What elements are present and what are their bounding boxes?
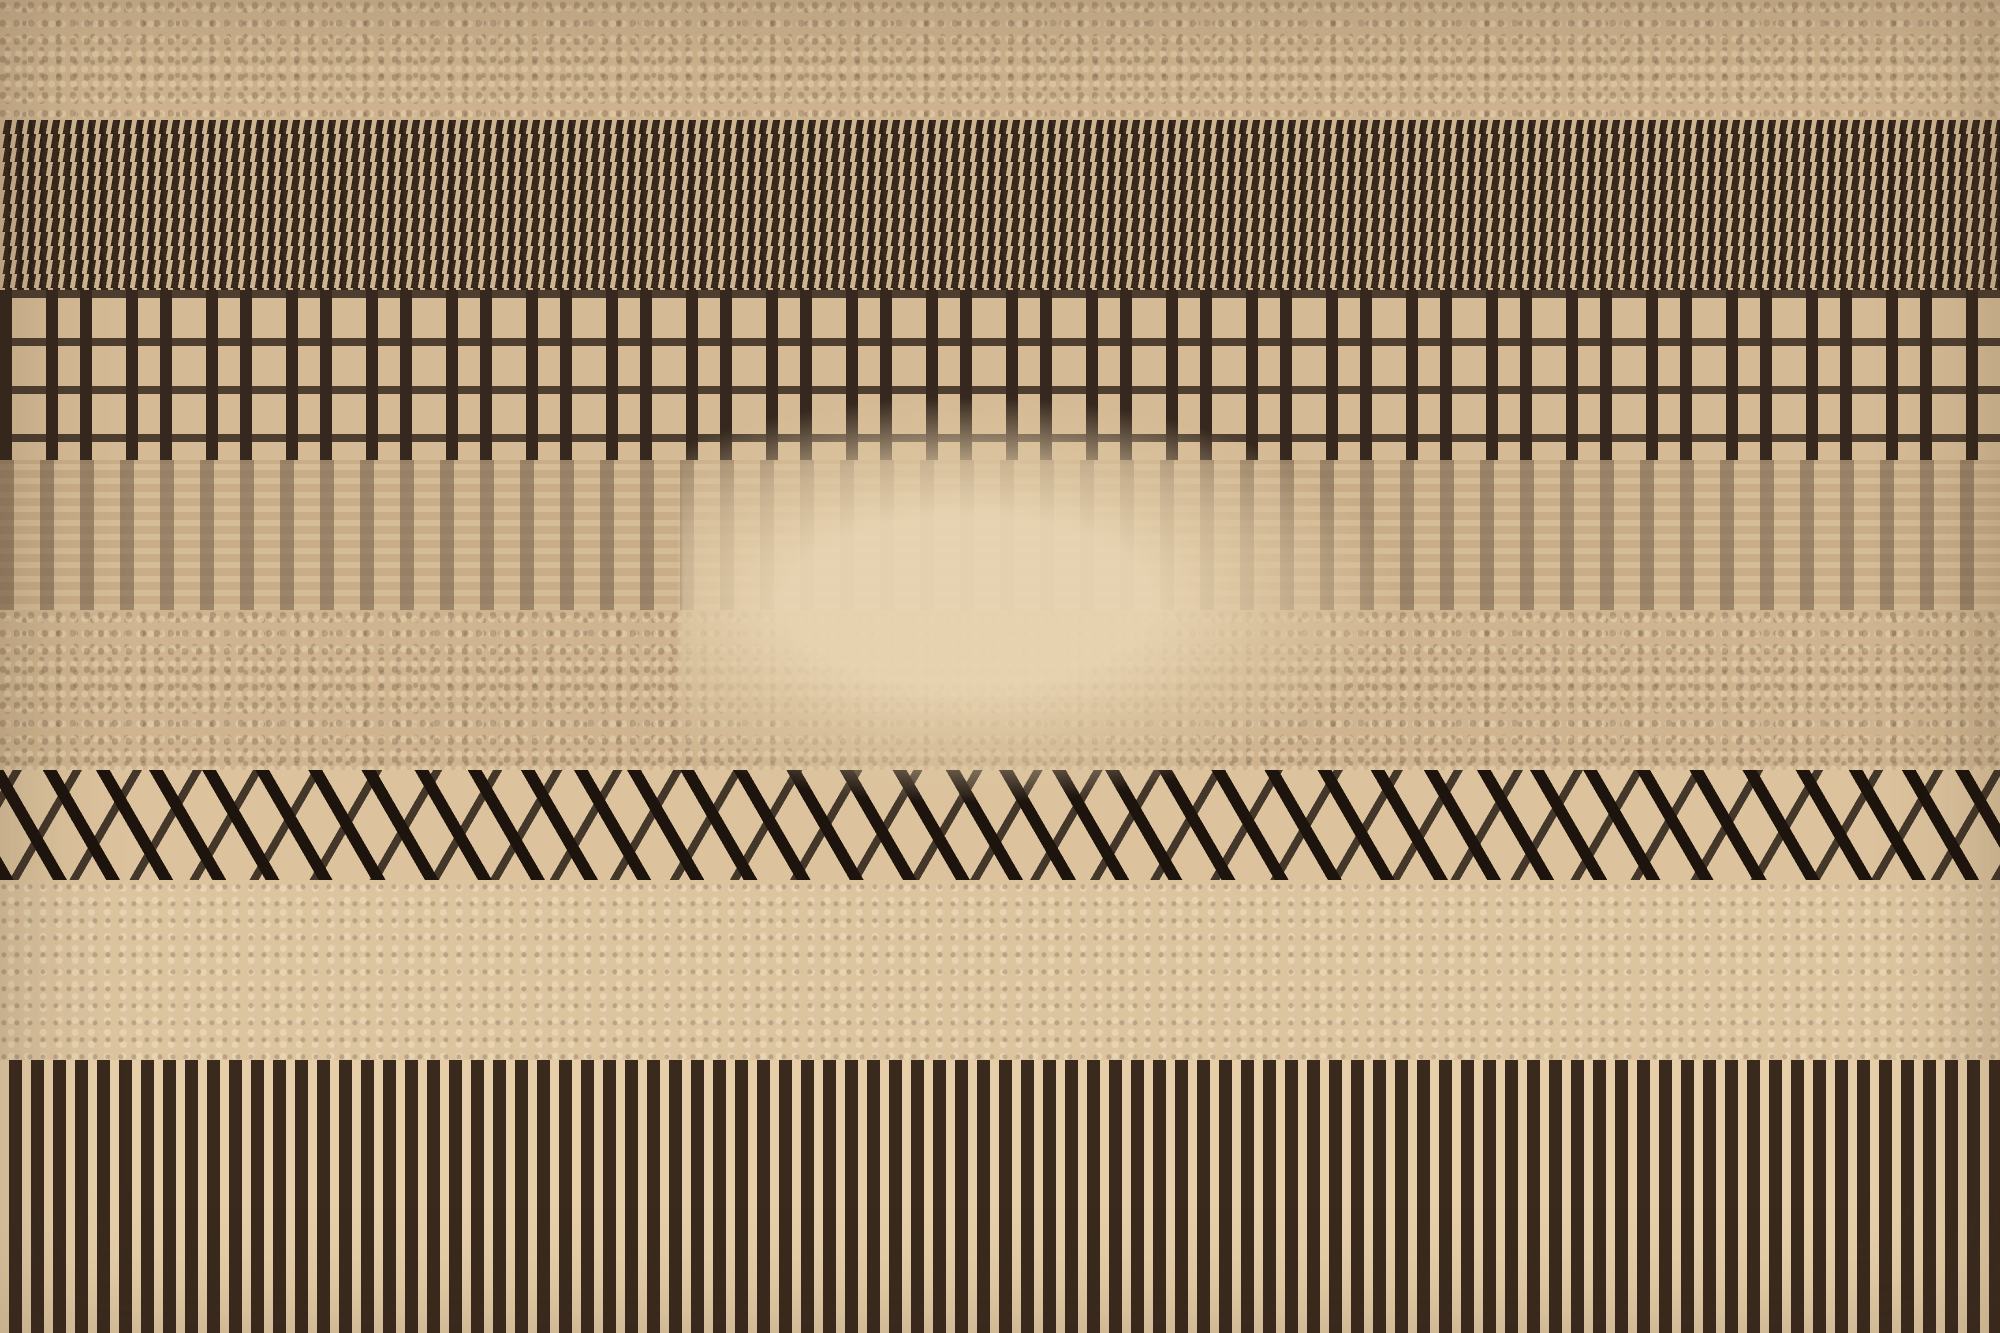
dark-speckle-band bbox=[0, 120, 2000, 290]
worn-damaged-patch bbox=[680, 400, 1400, 800]
top-light-speckle-band bbox=[0, 0, 2000, 120]
rug-photo bbox=[0, 0, 2000, 1333]
vertical-stripe-band bbox=[0, 1060, 2000, 1333]
cream-field-band bbox=[0, 880, 2000, 1060]
